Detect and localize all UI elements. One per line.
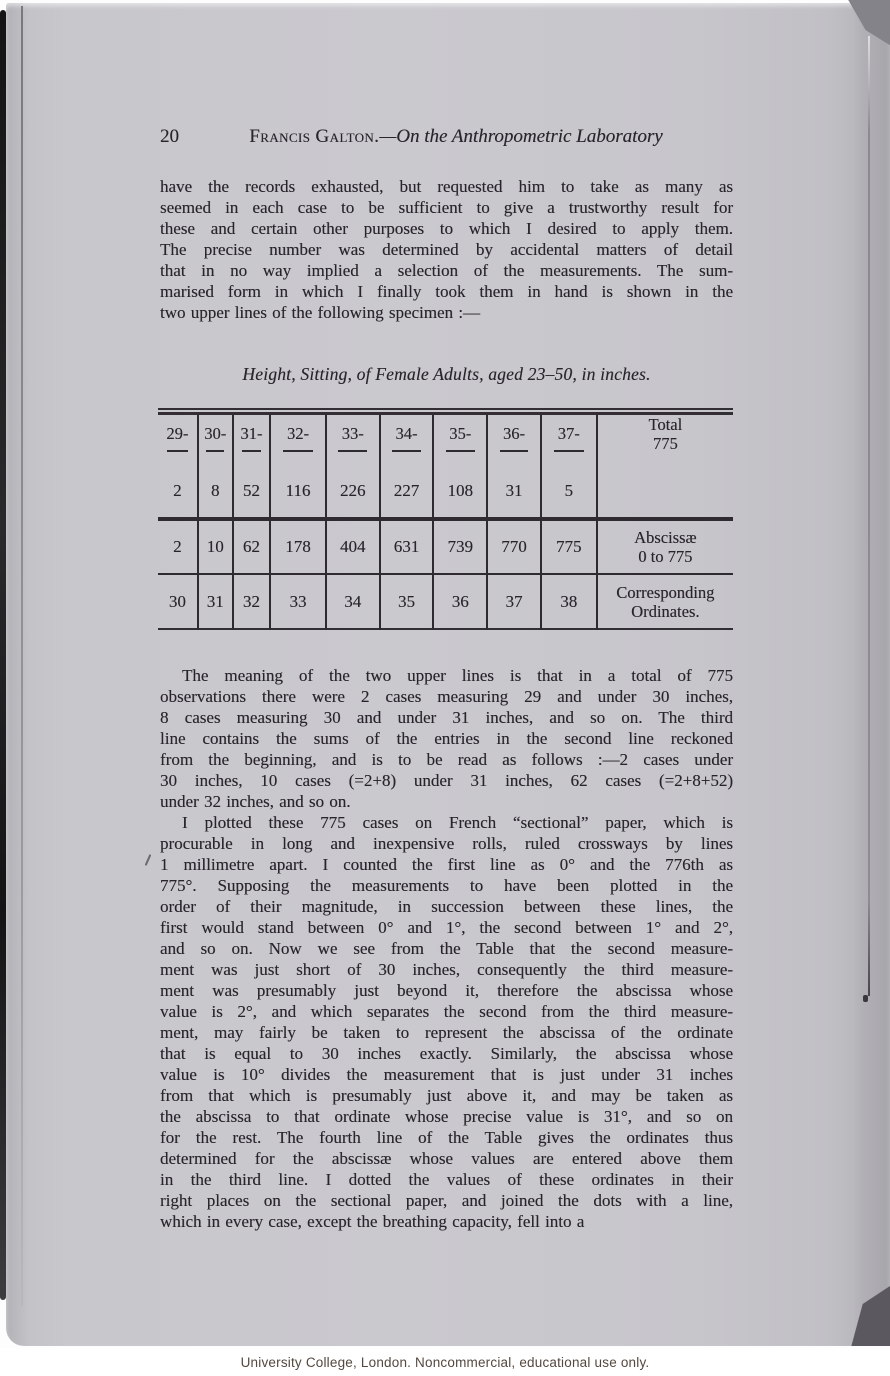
bin-divider [446, 450, 475, 452]
cumulative-cell: 178 [270, 519, 326, 574]
page-crease-line [868, 36, 870, 996]
scanned-book-page: 20 Francis Galton.—On the Anthropometric… [0, 0, 890, 1376]
text-line: and so on. Now we see from the Table tha… [160, 938, 733, 959]
count-cell: 108 [433, 465, 487, 519]
bin-divider [554, 450, 584, 452]
text-line: ment was just short of 30 inches, conseq… [160, 959, 733, 980]
text-line: two upper lines of the following specime… [160, 302, 733, 323]
body-paragraph-2: The meaning of the two upper lines is th… [160, 665, 733, 812]
count-cell: 2 [158, 465, 198, 519]
text-line: these and certain other purposes to whic… [160, 218, 733, 239]
text-line: 8 cases measuring 30 and under 31 inches… [160, 707, 733, 728]
text-line: I plotted these 775 cases on French “sec… [160, 812, 733, 833]
bin-label: 32- [271, 423, 325, 444]
body-paragraph-3: I plotted these 775 cases on French “sec… [160, 812, 733, 1232]
text-line: ment was presumably just beyond it, ther… [160, 980, 733, 1001]
text-line: The precise number was determined by acc… [160, 239, 733, 260]
scan-footer-bar: University College, London. Noncommercia… [0, 1348, 890, 1376]
text-line: have the records exhausted, but requeste… [160, 176, 733, 197]
ordinate-cell: 38 [541, 574, 597, 629]
cumulative-cell: 631 [380, 519, 434, 574]
bin-label: 33- [327, 423, 379, 444]
bin-cell: 29- [158, 414, 198, 466]
text-line: 30 inches, 10 cases (=2+8) under 31 inch… [160, 770, 733, 791]
text-line: that is equal to 30 inches exactly. Simi… [160, 1043, 733, 1064]
table-row-ordinates: 303132333435363738 Corresponding Ordinat… [158, 574, 733, 629]
page-header: 20 Francis Galton.—On the Anthropometric… [160, 126, 733, 148]
text-line: in the third line. I dotted the values o… [160, 1169, 733, 1190]
bin-label: 35- [434, 423, 486, 444]
text-line: determined for the abscissæ whose values… [160, 1148, 733, 1169]
ordinate-cell: 33 [270, 574, 326, 629]
text-line: from the beginning, and is to be read as… [160, 749, 733, 770]
text-line: from that which is presumably just above… [160, 1085, 733, 1106]
body-paragraph-1: have the records exhausted, but requeste… [160, 176, 733, 323]
ordinates-label-line2: Ordinates. [598, 602, 733, 621]
ordinate-cell: 32 [233, 574, 270, 629]
text-line: observations there were 2 cases measurin… [160, 686, 733, 707]
text-line: which in every case, except the breathin… [160, 1211, 733, 1232]
ordinate-cell: 37 [487, 574, 541, 629]
text-line: for the rest. The fourth line of the Tab… [160, 1127, 733, 1148]
bin-divider [283, 450, 313, 452]
abscissae-label-line1: Abscissæ [598, 528, 733, 547]
text-line: that in no way implied a selection of th… [160, 260, 733, 281]
count-cell: 116 [270, 465, 326, 519]
bin-cell: 37- [541, 414, 597, 466]
total-value: 775 [598, 434, 733, 453]
ordinate-cell: 30 [158, 574, 198, 629]
scan-footer-note: University College, London. Noncommercia… [241, 1355, 650, 1370]
text-line: line contains the sums of the entries in… [160, 728, 733, 749]
page-crease-notch [863, 995, 868, 1002]
bin-label: 36- [488, 423, 540, 444]
text-line: the abscissa to that ordinate whose prec… [160, 1106, 733, 1127]
text-line: procurable in long and inexpensive rolls… [160, 833, 733, 854]
table-row-cumulative: 21062178404631739770775 Abscissæ 0 to 77… [158, 519, 733, 574]
page-edge-line [21, 6, 23, 1306]
abscissae-label-line2: 0 to 775 [598, 547, 733, 566]
bin-label: 31- [234, 423, 269, 444]
bin-divider [392, 450, 421, 452]
text-line: order of their magnitude, in succession … [160, 896, 733, 917]
running-head-author: Francis Galton. [249, 126, 379, 147]
text-line: value is 2°, and which separates the sec… [160, 1001, 733, 1022]
ordinate-cell: 36 [433, 574, 487, 629]
bin-cell: 30- [198, 414, 233, 466]
bin-cell: 35- [433, 414, 487, 466]
text-line: marised form in which I finally took the… [160, 281, 733, 302]
running-head: Francis Galton.—On the Anthropometric La… [179, 126, 733, 148]
text-line: value is 10° divides the measurement tha… [160, 1064, 733, 1085]
text-line: first would stand between 0° and 1°, the… [160, 917, 733, 938]
count-cell: 52 [233, 465, 270, 519]
text-line: The meaning of the two upper lines is th… [160, 665, 733, 686]
ordinates-label-cell: Corresponding Ordinates. [597, 574, 733, 629]
cumulative-cell: 770 [487, 519, 541, 574]
count-cell: 227 [380, 465, 434, 519]
text-line: 1 millimetre apart. I counted the first … [160, 854, 733, 875]
total-cell: Total 775 [597, 414, 733, 520]
bin-divider [206, 450, 225, 452]
bin-cell: 31- [233, 414, 270, 466]
bin-divider [242, 450, 262, 452]
abscissae-label-cell: Abscissæ 0 to 775 [597, 519, 733, 574]
ordinate-cell: 34 [326, 574, 380, 629]
ordinate-cell: 31 [198, 574, 233, 629]
bin-label: 34- [381, 423, 433, 444]
count-cell: 5 [541, 465, 597, 519]
book-gutter-edge [0, 10, 6, 1300]
text-line: ment, may fairly be taken to represent t… [160, 1022, 733, 1043]
cumulative-cell: 404 [326, 519, 380, 574]
bin-cell: 36- [487, 414, 541, 466]
page-fold-right [852, 0, 890, 1343]
bin-cell: 33- [326, 414, 380, 466]
bin-cell: 34- [380, 414, 434, 466]
bin-label: 37- [542, 423, 596, 444]
bin-label: 30- [199, 423, 232, 444]
count-cell: 31 [487, 465, 541, 519]
cumulative-cell: 739 [433, 519, 487, 574]
cumulative-cell: 10 [198, 519, 233, 574]
text-line: right places on the sectional paper, and… [160, 1190, 733, 1211]
cumulative-cell: 62 [233, 519, 270, 574]
bin-divider [167, 450, 189, 452]
count-cell: 226 [326, 465, 380, 519]
text-line: 775°. Supposing the measurements to have… [160, 875, 733, 896]
count-cell: 8 [198, 465, 233, 519]
text-line: under 32 inches, and so on. [160, 791, 733, 812]
bin-divider [500, 450, 529, 452]
ordinate-cell: 35 [380, 574, 434, 629]
cumulative-cell: 2 [158, 519, 198, 574]
table-row-bins: 29-30-31-32-33-34-35-36-37- Total 775 [158, 414, 733, 466]
bin-label: 29- [158, 423, 197, 444]
table-title: Height, Sitting, of Female Adults, aged … [160, 364, 733, 385]
text-line: seemed in each case to be sufficient to … [160, 197, 733, 218]
page-number: 20 [160, 126, 179, 148]
bin-cell: 32- [270, 414, 326, 466]
frequency-table: 29-30-31-32-33-34-35-36-37- Total 775 28… [158, 408, 733, 630]
cumulative-cell: 775 [541, 519, 597, 574]
bin-divider [338, 450, 367, 452]
total-label: Total [598, 415, 733, 434]
ordinates-label-line1: Corresponding [598, 583, 733, 602]
running-head-title: —On the Anthropometric Laboratory [379, 126, 662, 147]
